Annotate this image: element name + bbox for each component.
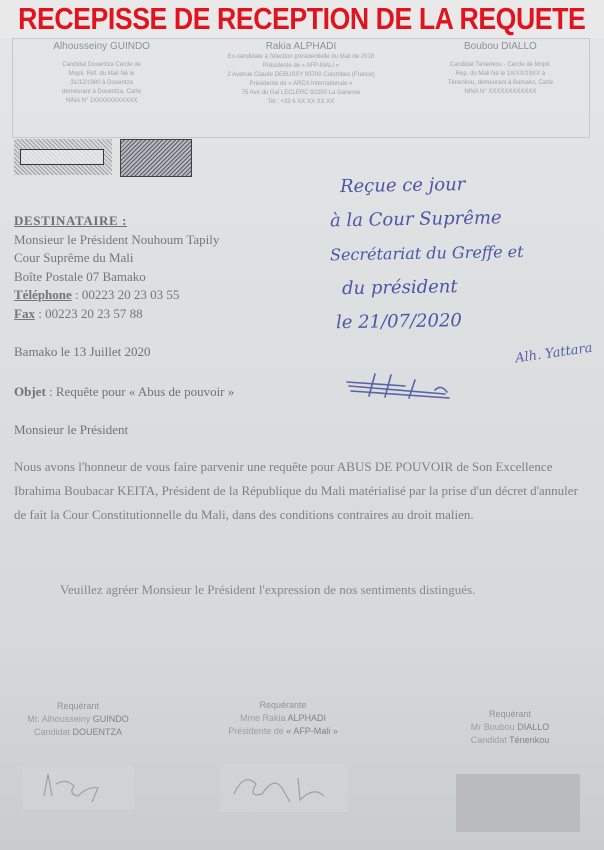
signer-title: Candidat Ténenkou xyxy=(450,734,570,747)
letterhead-line: NINA N° 1XXXXXXXXXXX xyxy=(13,97,190,106)
body-paragraph: Nous avons l'honneur de vous faire parve… xyxy=(14,455,584,527)
letterhead-line: Candidat Douentza Cercle de xyxy=(13,61,190,70)
signatories: Requérant Mr. Alhousseiny GUINDO Candida… xyxy=(0,700,604,850)
header-banner: RECEPISSE DE RECEPTION DE LA REQUETE xyxy=(0,0,604,38)
subject-text: : Requête pour « Abus de pouvoir » xyxy=(46,384,234,399)
signature-box xyxy=(220,764,348,812)
signer-role: Requérant xyxy=(450,708,570,721)
signer-1: Requérant Mr. Alhousseiny GUINDO Candida… xyxy=(18,700,138,739)
handwritten-line: le 21/07/2020 xyxy=(330,302,601,341)
letterhead-line: demeurant à Douentza, Carte xyxy=(13,88,190,97)
signature-box xyxy=(22,766,134,810)
signer-name: Mr. Alhousseiny GUINDO xyxy=(18,713,138,726)
letterhead-right: Boubou DIALLO Candidat Ténenkou - Cercle… xyxy=(412,39,589,137)
fax-label: Fax xyxy=(14,306,35,321)
phone-label: Téléphone xyxy=(14,287,72,302)
recipient-line: Cour Suprême du Mali xyxy=(14,249,219,268)
signer-title: Présidente de « AFP-Mali » xyxy=(218,725,348,738)
letterhead-line: Ex-candidate à l'élection présidentielle… xyxy=(190,53,412,62)
letterhead-line: Présidente de « AFP-MALI » xyxy=(190,62,412,71)
signer-3: Requérant Mr Boubou DIALLO Candidat Téne… xyxy=(450,708,570,747)
subject-line: Objet : Requête pour « Abus de pouvoir » xyxy=(14,384,234,400)
stamp-icon xyxy=(14,139,112,175)
letterhead-left: Alhousseiny GUINDO Candidat Douentza Cer… xyxy=(13,39,190,137)
signature-icon xyxy=(220,764,348,812)
handwritten-line: du président xyxy=(330,268,601,307)
letterhead-line: Présidente de « ARCA Internationale » xyxy=(190,80,412,89)
letterhead-line: Ténenkou, demeurant à Bamako, Carte xyxy=(412,79,589,88)
fiscal-stamps xyxy=(14,139,194,175)
handwritten-line: Reçue ce jour xyxy=(330,166,601,205)
document-title: RECEPISSE DE RECEPTION DE LA REQUETE xyxy=(18,1,585,37)
recipient-phone: Téléphone : 00223 20 23 03 55 xyxy=(14,286,219,305)
stamp-icon xyxy=(120,139,192,177)
letterhead-right-name: Boubou DIALLO xyxy=(412,42,589,51)
handwritten-receipt-note: Reçue ce jour à la Cour Suprême Secrétar… xyxy=(330,168,600,338)
recipient-line: Monsieur le Président Nouhoum Tapily xyxy=(14,231,219,250)
handwritten-signature: Alh. Yattara xyxy=(514,341,593,367)
signature-box xyxy=(456,774,580,832)
signer-title: Candidat DOUENTZA xyxy=(18,726,138,739)
recipient-block: DESTINATAIRE : Monsieur le Président Nou… xyxy=(14,212,219,323)
phone-value: : 00223 20 23 03 55 xyxy=(72,287,180,302)
salutation: Monsieur le Président xyxy=(14,422,128,438)
fax-value: : 00223 20 23 57 88 xyxy=(35,306,143,321)
closing-line: Veuillez agréer Monsieur le Président l'… xyxy=(60,582,475,598)
recipient-line: Boîte Postale 07 Bamako xyxy=(14,268,219,287)
signature-icon xyxy=(22,766,134,810)
letterhead-line: 2 Avenue Claude DEBUSSY 93700 Colombes (… xyxy=(190,71,412,80)
signer-2: Requérante Mme Rakia ALPHADI Présidente … xyxy=(218,699,348,738)
letterhead-left-name: Alhousseiny GUINDO xyxy=(13,42,190,51)
signer-name: Mr Boubou DIALLO xyxy=(450,721,570,734)
letterhead-line: NINA N° XXXXXXXXXXXX xyxy=(412,88,589,97)
letterhead-center-name: Rakia ALPHADI xyxy=(190,42,412,51)
letterhead-center: Rakia ALPHADI Ex-candidate à l'élection … xyxy=(190,39,412,137)
letterhead: Alhousseiny GUINDO Candidat Douentza Cer… xyxy=(12,38,590,138)
signer-role: Requérante xyxy=(218,699,348,712)
subject-label: Objet xyxy=(14,384,46,399)
letterhead-line: Candidat Ténenkou - Cercle de Mopti. xyxy=(412,61,589,70)
handwritten-line: à la Cour Suprême xyxy=(330,200,601,239)
letterhead-line: 75 Ave du Gal LECLERC 92250 La Garenne xyxy=(190,89,412,98)
date-line: Bamako le 13 Juillet 2020 xyxy=(14,344,150,360)
recipient-fax: Fax : 00223 20 23 57 88 xyxy=(14,305,219,324)
handwritten-line: Secrétariat du Greffe et xyxy=(330,234,601,273)
letterhead-line: 31/12/1980 à Douentza xyxy=(13,79,190,88)
letterhead-line: Rep. du Mali Né le 1X/XX/19XX à xyxy=(412,70,589,79)
scribble-initials-icon xyxy=(345,372,455,400)
letterhead-line: Mopti. Ref. du Mali Né le xyxy=(13,70,190,79)
letterhead-line: Tel : +33 6 XX XX XX XX xyxy=(190,98,412,107)
signer-role: Requérant xyxy=(18,700,138,713)
recipient-heading: DESTINATAIRE : xyxy=(14,212,219,231)
signer-name: Mme Rakia ALPHADI xyxy=(218,712,348,725)
